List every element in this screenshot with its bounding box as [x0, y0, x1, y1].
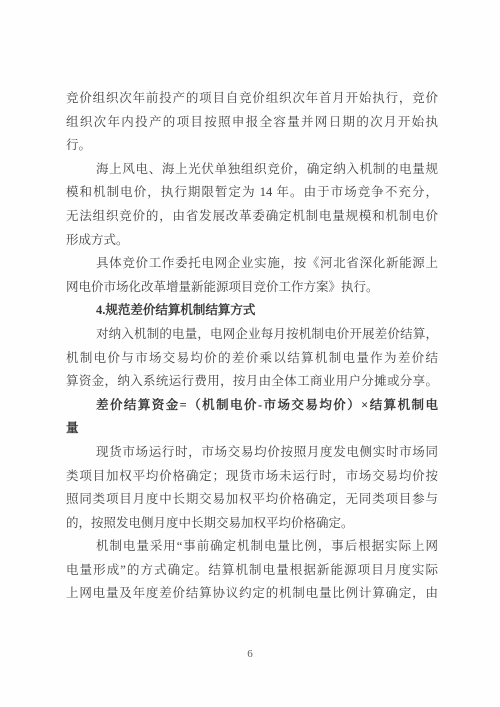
formula-line: 量: [66, 417, 438, 441]
text-line: 算资金，纳入系统运行费用，按月由全体工商业用户分摊或分享。: [66, 370, 438, 394]
text-line: 无法组织竞价的，由省发展改革委确定机制电量规模和机制电价: [66, 205, 438, 229]
document-page: 竞价组织次年前投产的项目自竞价组织次年首月开始执行，竞价 组织次年内投产的项目按…: [0, 0, 500, 707]
text-line: 机制电价与市场交易均价的差价乘以结算机制电量作为差价结: [66, 347, 438, 371]
text-line: 对纳入机制的电量，电网企业每月按机制电价开展差价结算，: [66, 323, 438, 347]
text-line: 模和机制电价，执行期限暂定为 14 年。由于市场竞争不充分，: [66, 181, 438, 205]
text-line: 电量形成”的方式确定。结算机制电量根据新能源项目月度实际: [66, 559, 438, 583]
text-line: 组织次年内投产的项目按照申报全容量并网日期的次月开始执: [66, 111, 438, 135]
text-line: 形成方式。: [66, 229, 438, 253]
text-line: 行。: [66, 134, 438, 158]
section-heading: 4.规范差价结算机制结算方式: [66, 299, 438, 323]
formula-line: 差价结算资金=（机制电价-市场交易均价）×结算机制电: [66, 394, 438, 418]
body-text: 竞价组织次年前投产的项目自竞价组织次年首月开始执行，竞价 组织次年内投产的项目按…: [66, 87, 438, 606]
text-line: 照同类项目月度中长期交易加权平均价格确定，无同类项目参与: [66, 488, 438, 512]
text-line: 类项目加权平均价格确定；现货市场未运行时，市场交易均价按: [66, 465, 438, 489]
text-line: 上网电量及年度差价结算协议约定的机制电量比例计算确定，由: [66, 582, 438, 606]
text-line: 现货市场运行时，市场交易均价按照月度发电侧实时市场同: [66, 441, 438, 465]
text-line: 竞价组织次年前投产的项目自竞价组织次年首月开始执行，竞价: [66, 87, 438, 111]
text-line: 的，按照发电侧月度中长期交易加权平均价格确定。: [66, 512, 438, 536]
page-number: 6: [0, 648, 500, 660]
text-line: 海上风电、海上光伏单独组织竞价，确定纳入机制的电量规: [66, 158, 438, 182]
text-line: 机制电量采用“事前确定机制电量比例，事后根据实际上网: [66, 535, 438, 559]
text-line: 网电价市场化改革增量新能源项目竞价工作方案》执行。: [66, 276, 438, 300]
text-line: 具体竞价工作委托电网企业实施，按《河北省深化新能源上: [66, 252, 438, 276]
